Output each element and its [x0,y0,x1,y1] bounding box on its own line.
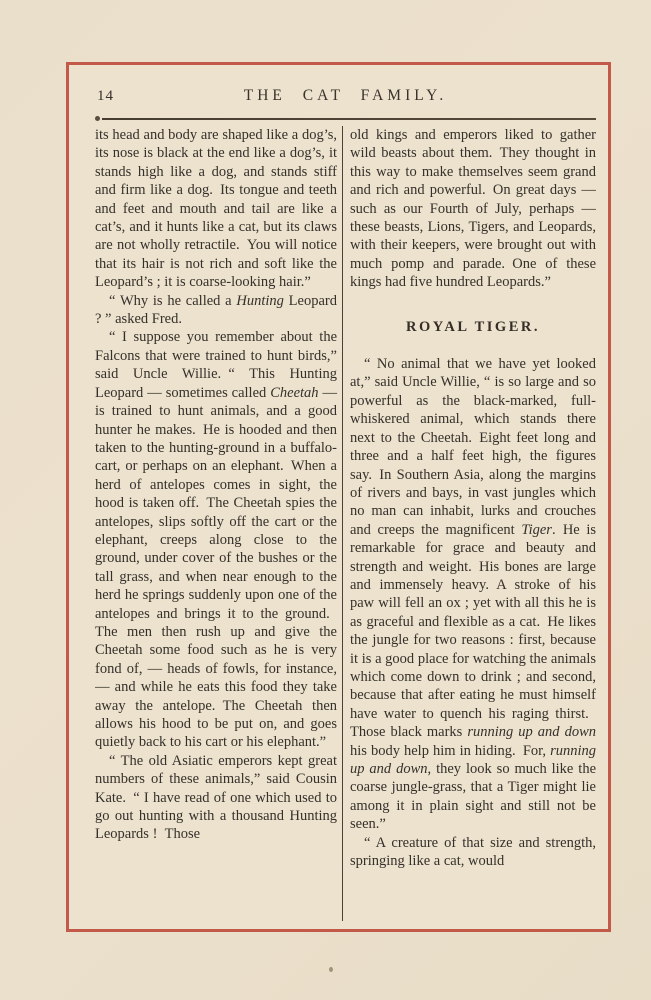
italic-text: running up and down [467,724,596,740]
paragraph: old kings and emperors liked to gather w… [350,126,596,292]
body-text: its head and body are shaped like a dog’… [95,127,337,290]
body-text: old kings and emperors liked to gather w… [350,127,596,290]
body-text: . He is remarkable for grace and beauty … [350,522,596,740]
paragraph: its head and body are shaped like a dog’… [95,126,337,292]
paragraph: “ A creature of that size and strength, … [350,834,596,871]
body-text: “ Why is he called a [109,293,236,309]
body-text: — is trained to hunt animals, and a good… [95,385,337,751]
italic-text: Cheetah [270,385,318,401]
paragraph: “ The old Asiatic emperors kept great nu… [95,752,337,844]
book-page-scan: 14 THE CAT FAMILY. its head and body are… [0,0,651,1000]
paragraph: “ No animal that we have yet looked at,”… [350,355,596,834]
left-column: its head and body are shaped like a dog’… [95,126,342,921]
paragraph: “ Why is he called a Hunting Leopard ? ”… [95,292,337,329]
section-heading: ROYAL TIGER. [350,318,596,336]
paragraph: “ I suppose you remember about the Falco… [95,328,337,751]
page-content: 14 THE CAT FAMILY. its head and body are… [69,65,608,921]
text-columns: its head and body are shaped like a dog’… [95,126,596,921]
print-speck-icon [329,967,333,972]
running-title: THE CAT FAMILY. [95,87,596,105]
rule-ornament-icon [95,116,100,121]
page-number: 14 [97,88,114,105]
italic-text: Hunting [236,293,284,309]
body-text: “ The old Asiatic emperors kept great nu… [95,753,337,843]
body-text: his body help him in hiding. For, [350,743,550,759]
header-rule [95,116,596,121]
red-border-frame: 14 THE CAT FAMILY. its head and body are… [66,62,611,932]
page-header: 14 THE CAT FAMILY. [95,87,596,107]
rule-line [102,118,596,120]
body-text: “ A creature of that size and strength, … [350,835,596,869]
right-column: old kings and emperors liked to gather w… [342,126,596,921]
italic-text: Tiger [521,522,552,538]
body-text: “ No animal that we have yet looked at,”… [350,356,596,538]
